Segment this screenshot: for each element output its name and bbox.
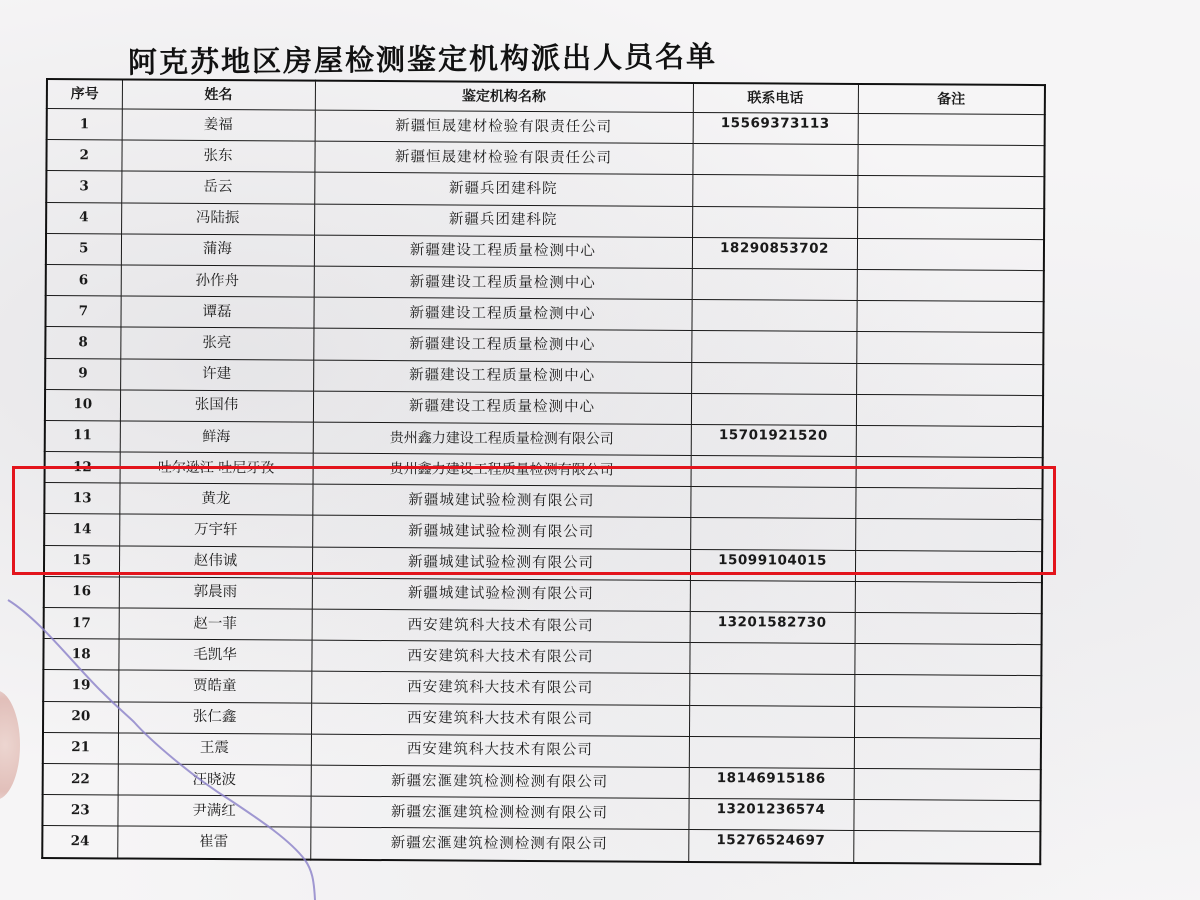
note-cell <box>854 768 1041 800</box>
person-name: 孙作舟 <box>121 265 314 297</box>
person-name: 吐尔逊江·吐尼牙孜 <box>120 452 313 484</box>
organization-name: 西安建筑科大技术有限公司 <box>311 703 689 736</box>
row-number: 3 <box>46 171 121 203</box>
row-number: 23 <box>42 795 117 827</box>
person-name: 毛凯华 <box>118 639 311 671</box>
note-cell <box>856 301 1043 333</box>
person-name: 许建 <box>120 358 313 390</box>
row-number: 22 <box>43 763 118 795</box>
phone-number: 18290853702 <box>692 237 857 269</box>
note-cell <box>854 737 1041 769</box>
person-name: 王震 <box>118 733 311 765</box>
note-cell <box>855 519 1042 551</box>
person-name: 鲜海 <box>120 421 313 453</box>
row-number: 16 <box>44 576 119 608</box>
row-number: 8 <box>45 327 120 359</box>
phone-number: 15276524697 <box>688 830 853 863</box>
phone-number <box>692 268 857 300</box>
person-name: 张东 <box>121 140 314 172</box>
person-name: 赵伟诚 <box>119 546 312 578</box>
note-cell <box>856 394 1043 426</box>
phone-number: 13201582730 <box>690 611 855 643</box>
note-cell <box>854 706 1041 738</box>
row-number: 10 <box>45 389 120 421</box>
note-cell <box>856 425 1043 457</box>
row-number: 19 <box>43 670 118 702</box>
phone-number <box>689 643 854 675</box>
note-cell <box>857 238 1044 270</box>
note-cell <box>854 675 1041 707</box>
note-cell <box>853 831 1040 864</box>
person-name: 黄龙 <box>119 483 312 515</box>
organization-name: 新疆建设工程质量检测中心 <box>313 360 691 393</box>
organization-name: 新疆城建试验检测有限公司 <box>312 547 690 580</box>
phone-number <box>691 362 856 394</box>
phone-number: 15099104015 <box>690 549 855 581</box>
row-number: 13 <box>44 483 119 515</box>
note-cell <box>857 269 1044 301</box>
person-name: 岳云 <box>121 171 314 203</box>
personnel-table: 序号 姓名 鉴定机构名称 联系电话 备注 1姜福新疆恒晟建材检验有限责任公司15… <box>41 78 1046 865</box>
person-name: 赵一菲 <box>119 608 312 640</box>
phone-number <box>692 144 857 176</box>
note-cell <box>858 113 1045 145</box>
organization-name: 新疆宏滙建筑检测检测有限公司 <box>310 796 688 829</box>
organization-name: 新疆恒晟建材检验有限责任公司 <box>315 110 693 143</box>
note-cell <box>856 457 1043 489</box>
organization-name: 新疆兵团建科院 <box>314 173 692 206</box>
organization-name: 贵州鑫力建设工程质量检测有限公司 <box>313 422 691 455</box>
row-number: 20 <box>43 701 118 733</box>
note-cell <box>856 363 1043 395</box>
row-number: 24 <box>42 826 117 858</box>
organization-name: 新疆城建试验检测有限公司 <box>312 516 690 549</box>
note-cell <box>857 207 1044 239</box>
organization-name: 新疆城建试验检测有限公司 <box>312 578 690 611</box>
note-cell <box>855 612 1042 644</box>
phone-number <box>689 674 854 706</box>
organization-name: 西安建筑科大技术有限公司 <box>311 672 689 705</box>
person-name: 张国伟 <box>120 390 313 422</box>
organization-name: 贵州鑫力建设工程质量检测有限公司 <box>313 453 691 486</box>
row-number: 11 <box>45 420 120 452</box>
organization-name: 新疆建设工程质量检测中心 <box>314 266 692 299</box>
row-number: 21 <box>43 732 118 764</box>
person-name: 谭磊 <box>120 296 313 328</box>
phone-number <box>691 456 856 488</box>
phone-number: 15569373113 <box>693 112 858 144</box>
row-number: 14 <box>44 514 119 546</box>
organization-name: 新疆建设工程质量检测中心 <box>313 297 691 330</box>
note-cell <box>855 550 1042 582</box>
person-name: 张仁鑫 <box>118 702 311 734</box>
table-row: 24崔雷新疆宏滙建筑检测检测有限公司15276524697 <box>42 826 1040 864</box>
organization-name: 新疆兵团建科院 <box>314 204 692 237</box>
organization-name: 新疆建设工程质量检测中心 <box>313 391 691 424</box>
column-header-name: 姓名 <box>122 79 315 110</box>
column-header-phone: 联系电话 <box>693 83 858 114</box>
phone-number: 13201236574 <box>688 799 853 831</box>
person-name: 冯陆振 <box>121 203 314 235</box>
organization-name: 新疆宏滙建筑检测检测有限公司 <box>310 827 688 861</box>
phone-number <box>691 393 856 425</box>
note-cell <box>855 488 1042 520</box>
organization-name: 西安建筑科大技术有限公司 <box>312 609 690 642</box>
person-name: 张亮 <box>120 327 313 359</box>
column-header-org: 鉴定机构名称 <box>315 81 693 113</box>
note-cell <box>857 145 1044 177</box>
person-name: 姜福 <box>122 109 315 141</box>
row-number: 12 <box>45 452 120 484</box>
phone-number: 18146915186 <box>689 767 854 799</box>
row-number: 6 <box>46 264 121 296</box>
organization-name: 新疆建设工程质量检测中心 <box>313 328 691 361</box>
row-number: 7 <box>45 296 120 328</box>
row-number: 9 <box>45 358 120 390</box>
person-name: 万宇轩 <box>119 514 312 546</box>
organization-name: 新疆宏滙建筑检测检测有限公司 <box>311 765 689 798</box>
person-name: 崔雷 <box>117 826 310 859</box>
organization-name: 西安建筑科大技术有限公司 <box>311 640 689 673</box>
phone-number <box>690 580 855 612</box>
phone-number: 15701921520 <box>691 424 856 456</box>
row-number: 17 <box>44 607 119 639</box>
organization-name: 西安建筑科大技术有限公司 <box>311 734 689 767</box>
person-name: 蒲海 <box>121 234 314 266</box>
person-name: 郭晨雨 <box>119 577 312 609</box>
note-cell <box>854 644 1041 676</box>
note-cell <box>853 800 1040 832</box>
organization-name: 新疆城建试验检测有限公司 <box>312 484 690 517</box>
phone-number <box>689 736 854 768</box>
row-number: 15 <box>44 545 119 577</box>
phone-number <box>690 518 855 550</box>
row-number: 4 <box>46 202 121 234</box>
person-name: 尹满红 <box>117 795 310 827</box>
column-header-no: 序号 <box>47 79 122 109</box>
table-body: 1姜福新疆恒晟建材检验有限责任公司155693731132张东新疆恒晟建材检验有… <box>42 109 1045 864</box>
note-cell <box>857 176 1044 208</box>
phone-number <box>690 487 855 519</box>
row-number: 18 <box>43 639 118 671</box>
note-cell <box>856 332 1043 364</box>
personnel-table-wrapper: 序号 姓名 鉴定机构名称 联系电话 备注 1姜福新疆恒晟建材检验有限责任公司15… <box>41 78 1046 865</box>
person-name: 汪晓波 <box>118 764 311 796</box>
phone-number <box>692 175 857 207</box>
organization-name: 新疆建设工程质量检测中心 <box>314 235 692 268</box>
row-number: 1 <box>47 109 122 141</box>
row-number: 2 <box>46 140 121 172</box>
phone-number <box>691 331 856 363</box>
person-name: 贾皓童 <box>118 670 311 702</box>
organization-name: 新疆恒晟建材检验有限责任公司 <box>314 141 692 174</box>
phone-number <box>692 206 857 238</box>
phone-number <box>691 300 856 332</box>
column-header-note: 备注 <box>858 84 1045 115</box>
row-number: 5 <box>46 233 121 265</box>
note-cell <box>855 581 1042 613</box>
phone-number <box>689 705 854 737</box>
